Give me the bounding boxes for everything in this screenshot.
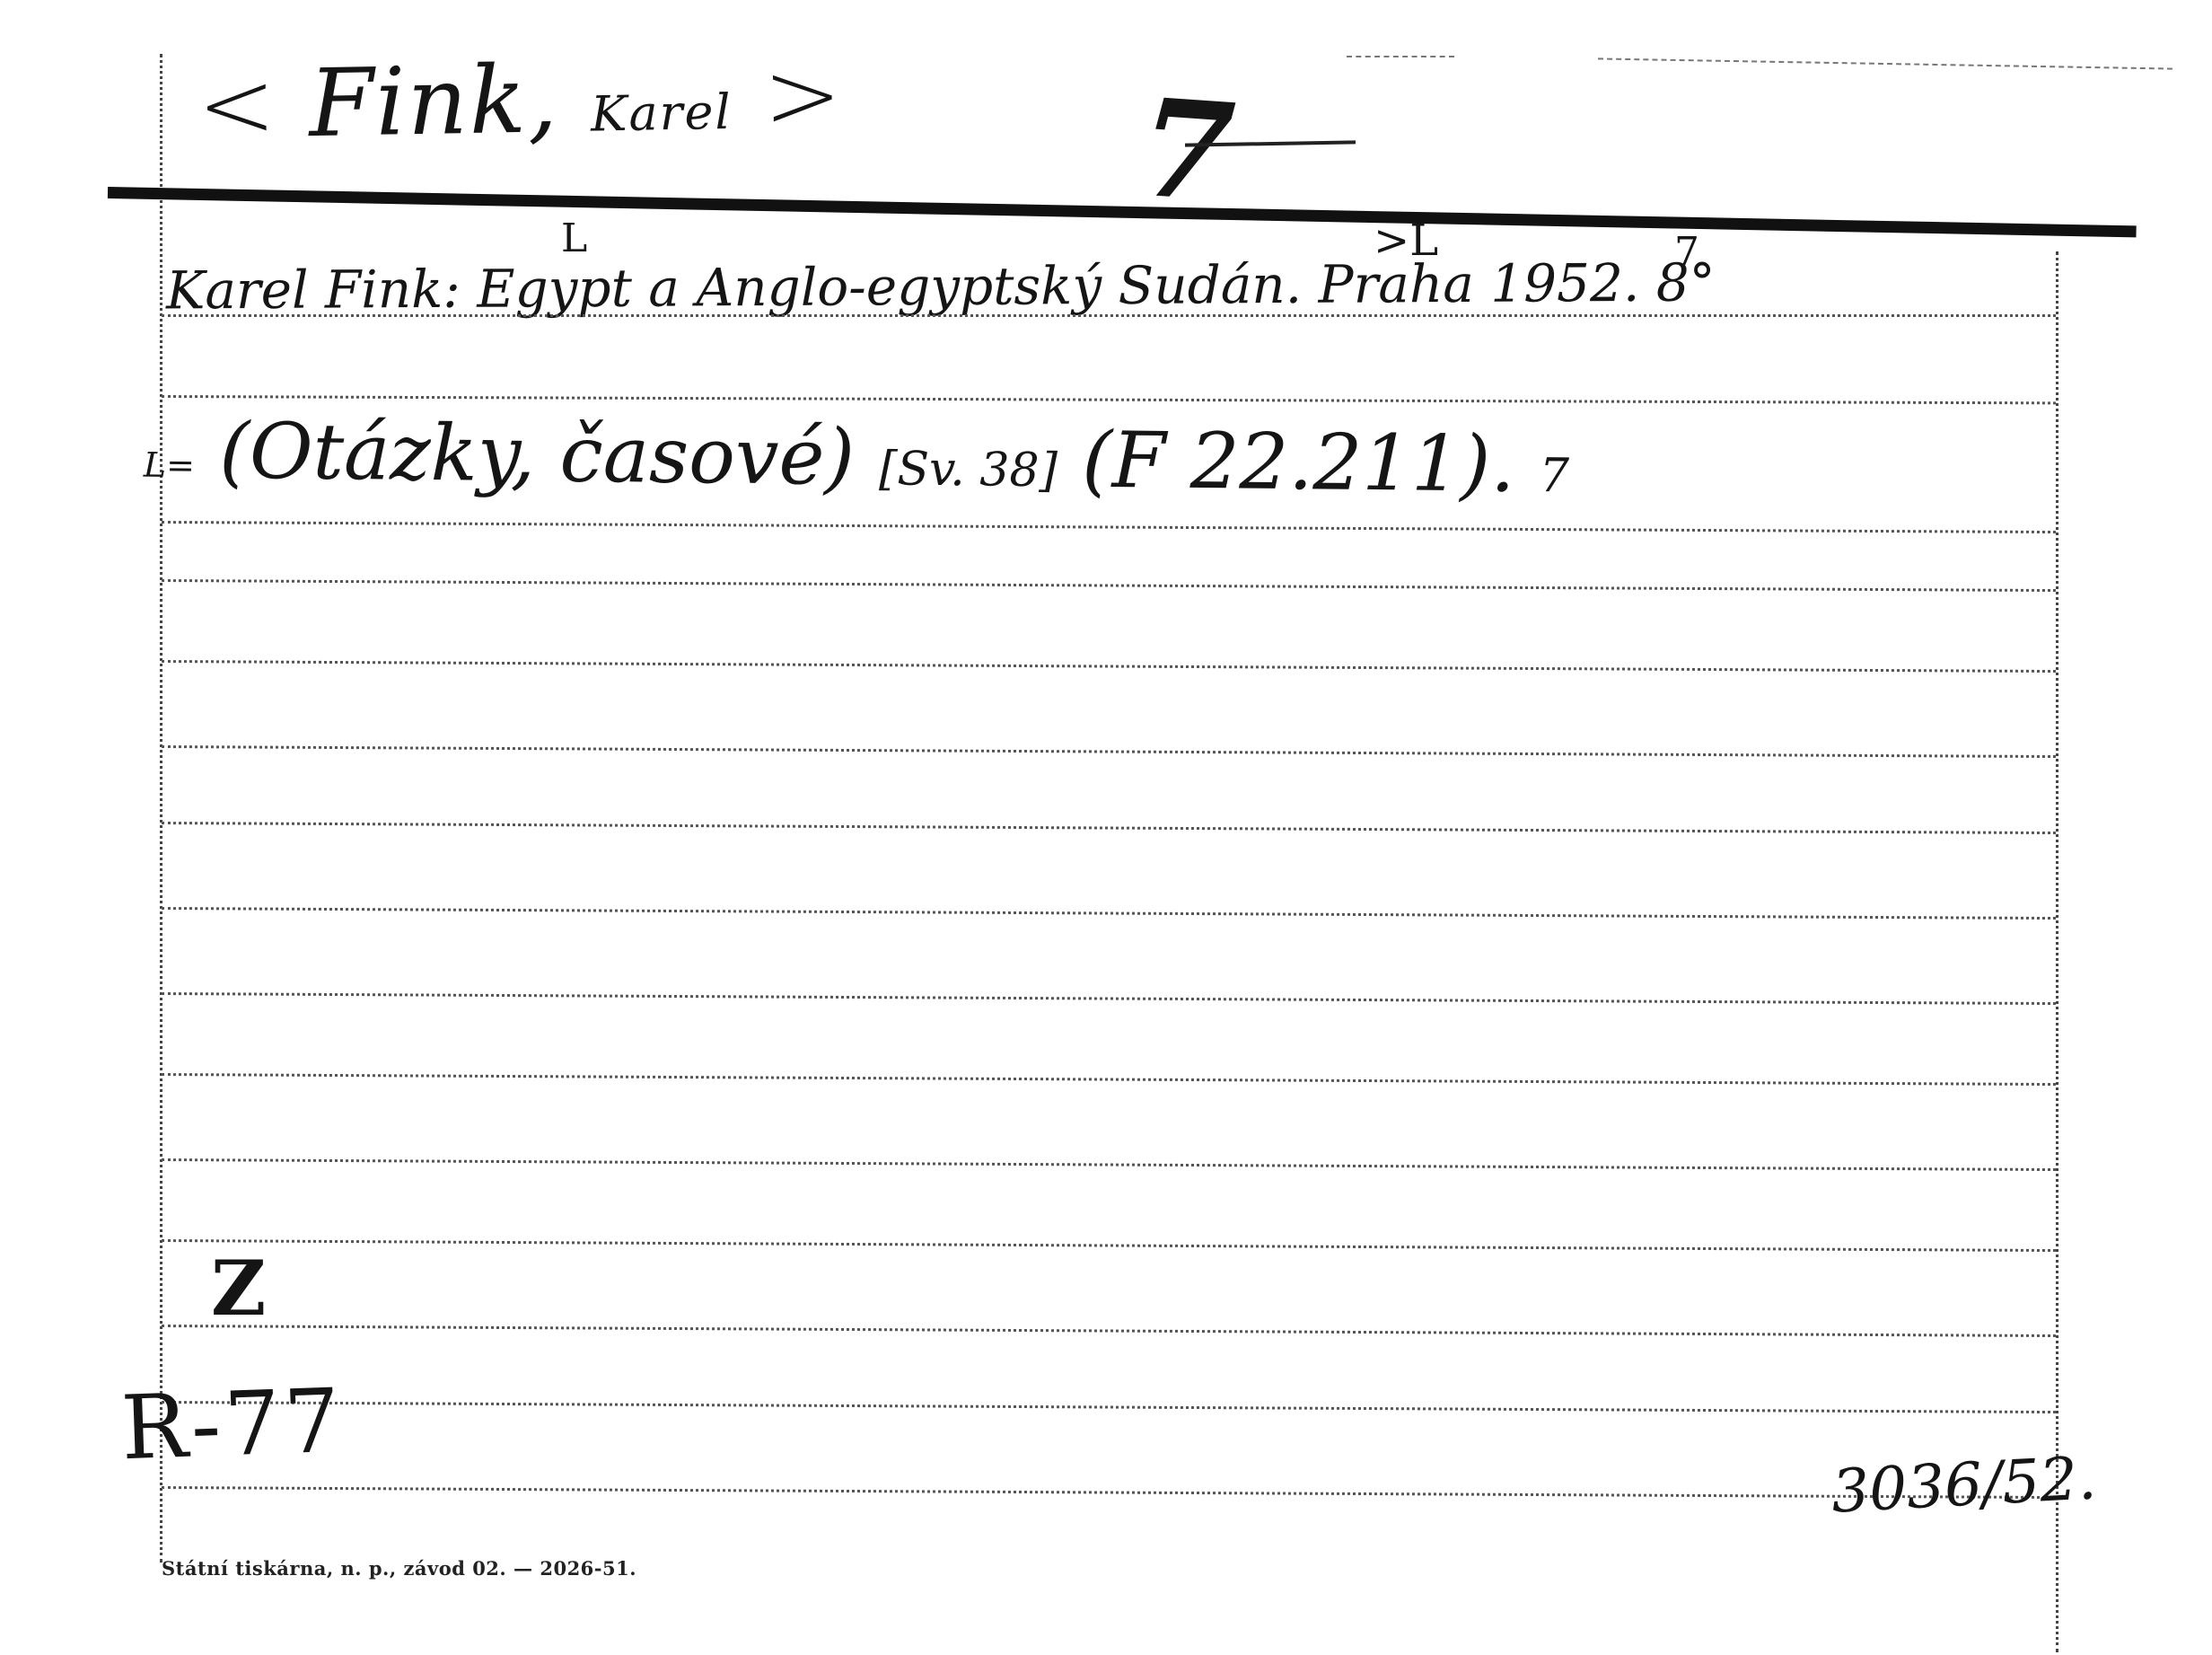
heading-separator-rule [108, 187, 2137, 237]
heading-surname: Fink, [308, 44, 560, 158]
ruled-line [162, 579, 2056, 592]
catalog-card: < Fink, Karel > 7 Karel Fink: Egypt a An… [0, 0, 2212, 1655]
scan-artifact [1598, 57, 2172, 69]
ruled-line [162, 314, 2056, 317]
ruled-line [162, 1073, 2056, 1086]
scan-artifact [1347, 56, 1454, 57]
ruled-line [162, 1158, 2056, 1171]
shelf-mark: R-77 [119, 1370, 345, 1481]
bibliographic-entry: Karel Fink: Egypt a Anglo-egyptský Sudán… [166, 251, 1716, 321]
ruled-line [162, 395, 2056, 404]
series-name: (Otázky, časové) [219, 407, 856, 503]
ruled-line [162, 1239, 2056, 1252]
heading-given-name: Karel [590, 84, 733, 143]
series-volume: [Sv. 38] [879, 442, 1058, 497]
entry-editorial-marks: >L [1374, 216, 1438, 266]
accession-number: 3036/52. [1830, 1443, 2098, 1526]
corner-mark: Z [211, 1244, 266, 1333]
series-classification: (F 22.211). [1082, 416, 1515, 510]
ruled-line [162, 745, 2056, 758]
entry-place-year: Praha 1952. [1318, 252, 1639, 315]
left-margin-dotted-line [160, 54, 162, 1563]
heading-close-mark: > [762, 40, 844, 151]
card-heading: < Fink, Karel > [197, 40, 845, 161]
heading-open-mark: < [197, 49, 278, 161]
ruled-line [162, 992, 2056, 1005]
entry-author: Karel Fink: [166, 259, 461, 321]
ruled-line [162, 521, 2056, 533]
ruled-line [162, 822, 2056, 834]
entry-title: Egypt a Anglo-egyptský Sudán. [477, 254, 1302, 320]
series-open-mark: L= [144, 445, 196, 486]
ruled-line [162, 660, 2056, 673]
printer-imprint: Státní tiskárna, n. p., závod 02. — 2026… [162, 1557, 636, 1580]
series-close-mark: 7 [1540, 449, 1570, 503]
series-entry: L= (Otázky, časové) [Sv. 38] (F 22.211).… [144, 406, 1570, 511]
entry-open-mark: L [561, 216, 587, 261]
entry-close-mark: 7 [1674, 229, 1699, 275]
right-margin-dotted-line [2056, 251, 2058, 1652]
ruled-line [162, 1486, 2056, 1499]
ruled-line [162, 1401, 2056, 1413]
ruled-line [162, 1325, 2056, 1337]
ruled-line [162, 907, 2056, 920]
